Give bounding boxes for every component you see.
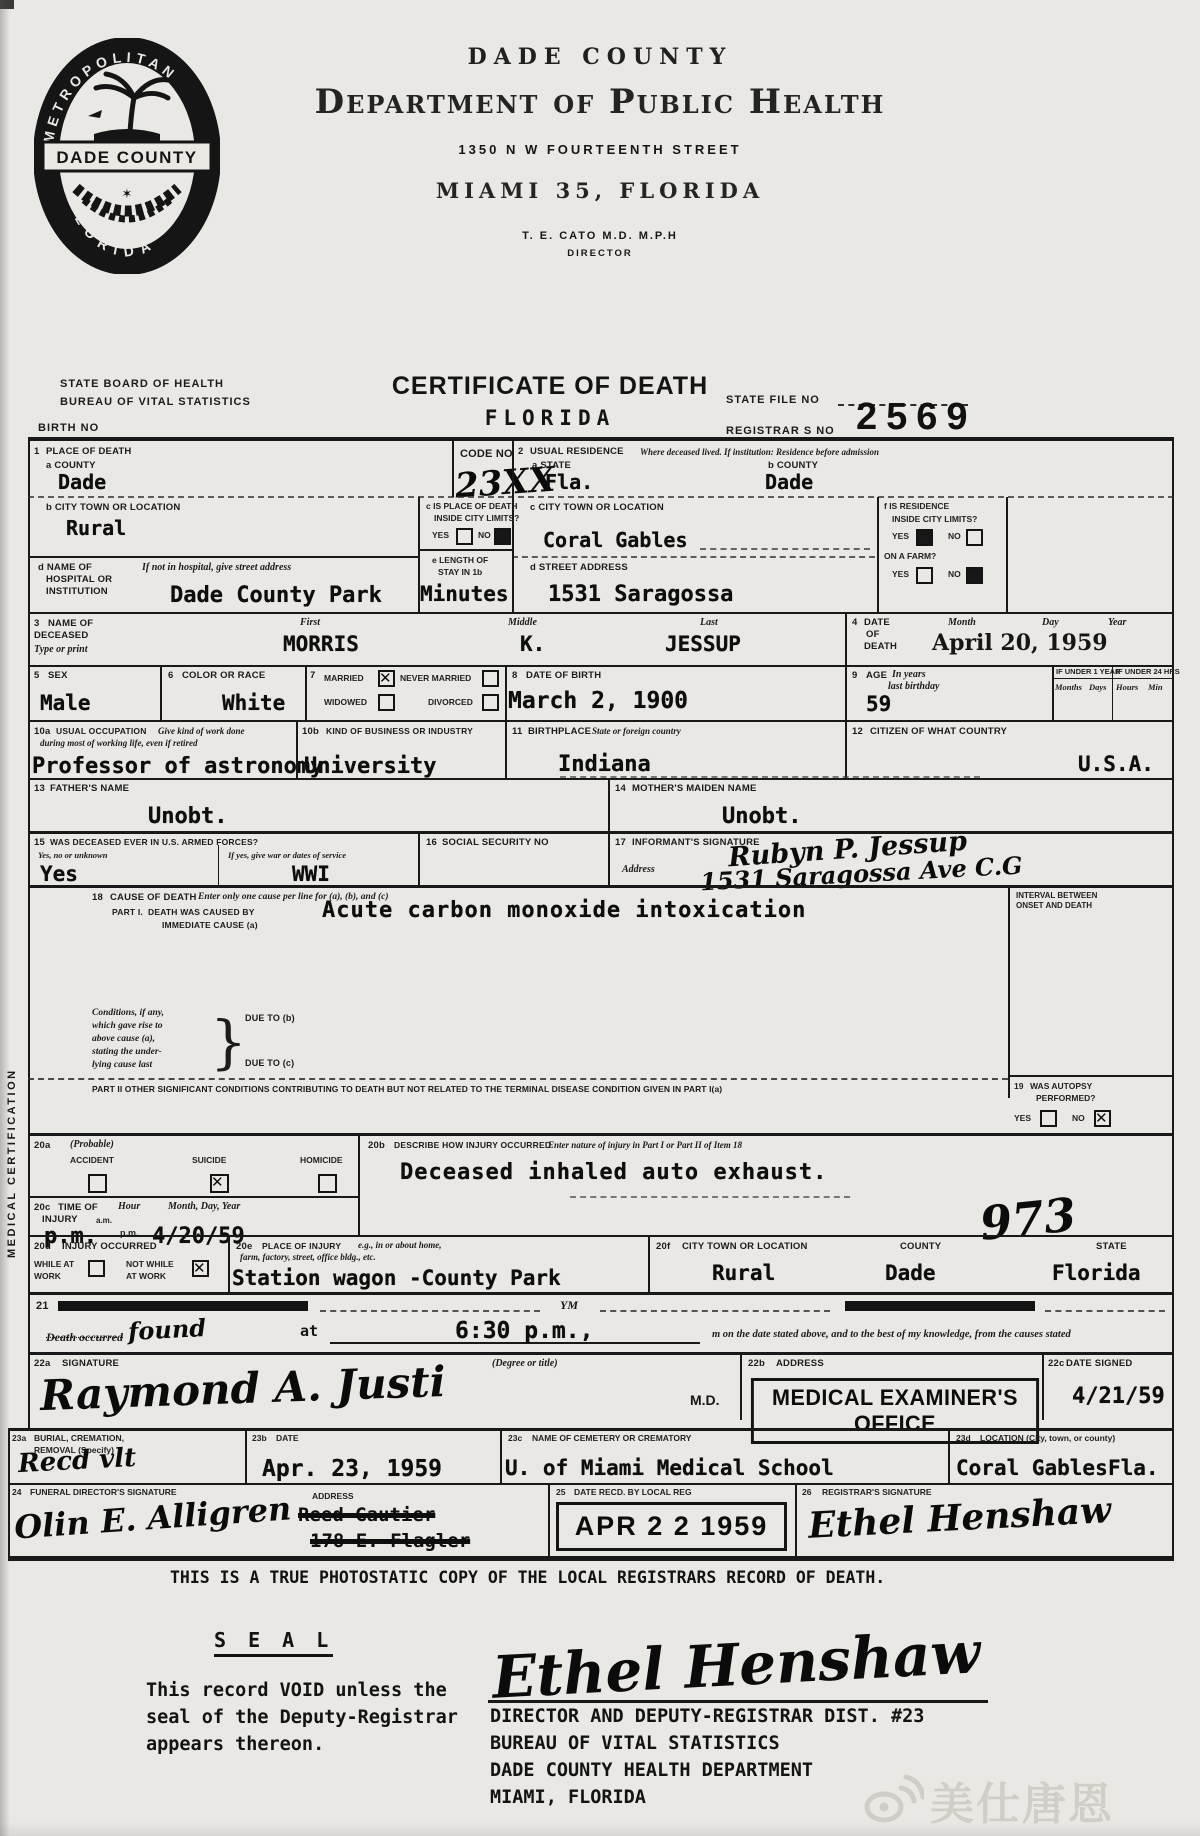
f21-rest-text: m on the date stated above, and to the b… <box>712 1328 1071 1341</box>
injury-date-value: 4/20/59 <box>152 1226 245 1248</box>
widowed-label: WIDOWED <box>324 698 367 708</box>
inlimits-label1: c IS PLACE OF DEATH <box>426 502 517 512</box>
v-mother-left <box>608 778 610 831</box>
row7-top <box>28 885 1174 888</box>
divorced-label: DIVORCED <box>428 698 473 708</box>
conditions-note3: above cause (a), <box>92 1034 155 1046</box>
hour-label: Hour <box>118 1201 140 1214</box>
table-bottom-border <box>8 1556 1174 1561</box>
f20b-underline <box>570 1196 850 1198</box>
bus-value: University <box>304 756 436 778</box>
degree-title-label: (Degree or title) <box>492 1358 558 1371</box>
married-label: MARRIED <box>324 674 364 684</box>
f24-label: FUNERAL DIRECTOR'S SIGNATURE <box>30 1488 177 1498</box>
f20e-note1: e.g., in or about home, <box>358 1240 442 1251</box>
notwhile-label2: AT WORK <box>126 1272 166 1282</box>
row1-value-line <box>28 496 1174 498</box>
inlimits-yes-label: YES <box>432 531 449 541</box>
board-line2: BUREAU OF VITAL STATISTICS <box>60 396 251 409</box>
table-left-ext <box>8 1428 10 1558</box>
deceased-number: 3 <box>34 618 39 629</box>
header-city: MIAMI 35, FLORIDA <box>350 178 850 203</box>
hospital-value: Dade County Park <box>170 585 382 607</box>
marital-number: 7 <box>310 670 315 681</box>
bus-label: KIND OF BUSINESS OR INDUSTRY <box>326 726 473 736</box>
conditions-note5: lying cause last <box>92 1060 152 1072</box>
row2-top <box>28 612 1174 614</box>
f22c-number: 22c <box>1048 1358 1064 1369</box>
datedeath-label1: DATE <box>864 617 890 628</box>
datedeath-number: 4 <box>852 617 857 628</box>
name-last-label: Last <box>700 617 718 630</box>
month-label: Month <box>948 617 976 630</box>
row5-top <box>28 778 1174 780</box>
svg-text:DADE COUNTY: DADE COUNTY <box>56 148 197 167</box>
state-file-no-value: 2569 <box>856 396 977 439</box>
mother-number: 14 <box>615 783 626 794</box>
v-birthplace-left <box>505 720 507 778</box>
checkbox-autopsy-no[interactable] <box>1094 1110 1111 1127</box>
f20f-number: 20f <box>656 1241 670 1252</box>
checkbox-place-inlimits-no[interactable] <box>494 528 511 545</box>
f23d-value: Coral Gables <box>956 1458 1108 1479</box>
hospital-label1: d NAME OF <box>38 562 92 573</box>
v-marital-left <box>305 665 307 720</box>
coralgables-line <box>700 548 870 550</box>
hospital-label3: INSTITUTION <box>46 586 108 597</box>
row6-top <box>28 831 1174 834</box>
inlimits-label2: INSIDE CITY LIMITS? <box>434 514 519 524</box>
v-inlimits-left <box>418 497 420 612</box>
v-interval-left <box>1008 885 1010 1098</box>
farm-label: ON A FARM? <box>884 552 936 562</box>
v-race-left <box>160 665 162 720</box>
birthplace-value: Indiana <box>558 754 651 776</box>
checkbox-farm-no[interactable] <box>966 567 983 584</box>
watermark: 美仕唐恩 <box>862 1768 1114 1832</box>
v-23b-left <box>245 1428 247 1483</box>
age-label: AGE <box>866 670 887 681</box>
street-value: 1531 Saragossa <box>548 584 733 606</box>
footer-title-line2: BUREAU OF VITAL STATISTICS <box>490 1733 780 1754</box>
v-resbox-left <box>877 497 879 612</box>
f20c-top <box>28 1196 358 1198</box>
inlimits-no-label: NO <box>478 531 491 541</box>
certificate-title: CERTIFICATE OF DEATH <box>330 372 770 401</box>
f20f-state-label: STATE <box>1096 1241 1127 1252</box>
conditions-note2: which gave rise to <box>92 1021 162 1033</box>
f20a-number: 20a <box>34 1140 50 1151</box>
board-line1: STATE BOARD OF HEALTH <box>60 378 224 391</box>
citizen-number: 12 <box>852 726 863 737</box>
row12-top <box>28 1352 1174 1355</box>
while-label1: WHILE AT <box>34 1260 74 1270</box>
datedeath-label3: DEATH <box>864 641 897 652</box>
ssn-number: 16 <box>426 837 437 848</box>
f22a-number: 22a <box>34 1358 50 1369</box>
under24-label: IF UNDER 24 HRS <box>1116 668 1180 677</box>
v-under-mid <box>1112 665 1113 720</box>
f21-found-handwritten: found <box>127 1316 206 1344</box>
header-county: DADE COUNTY <box>300 44 900 70</box>
checkbox-suicide[interactable] <box>210 1174 229 1193</box>
cause-a-value: Acute carbon monoxide intoxication <box>322 900 806 922</box>
f20b-label: DESCRIBE HOW INJURY OCCURRED <box>394 1140 551 1150</box>
day-label: Day <box>1042 617 1059 630</box>
residence-label1: f IS RESIDENCE <box>884 502 949 512</box>
age-number: 9 <box>852 670 857 681</box>
codeno-label: CODE NO <box>460 448 513 461</box>
f20e-label: PLACE OF INJURY <box>262 1241 341 1251</box>
am-label: a.m. <box>96 1216 112 1225</box>
sex-value: Male <box>40 693 91 714</box>
part2-top-line <box>28 1078 1008 1080</box>
occ-number: 10a <box>34 726 50 737</box>
autopsy-no-label: NO <box>1072 1114 1085 1124</box>
registrar-signature-row: Ethel Henshaw <box>807 1492 1112 1544</box>
f26-number: 26 <box>802 1488 811 1498</box>
dob-value: March 2, 1900 <box>508 690 688 713</box>
checkbox-not-while-at-work[interactable] <box>192 1260 209 1277</box>
year-label: Year <box>1108 617 1126 630</box>
street-label: d STREET ADDRESS <box>530 562 628 573</box>
stay-box-top <box>418 549 512 551</box>
field1-number: 1 <box>34 446 39 457</box>
sex-number: 5 <box>34 670 39 681</box>
svg-text:✶: ✶ <box>122 186 133 201</box>
mother-value: Unobt. <box>722 806 801 828</box>
street-divider <box>512 556 875 558</box>
informant-number: 17 <box>615 837 626 848</box>
bus-number: 10b <box>302 726 319 737</box>
checkbox-married[interactable] <box>378 670 395 687</box>
field2-label: USUAL RESIDENCE <box>530 446 624 457</box>
autopsy-yes-label: YES <box>1014 1114 1031 1124</box>
header-director-title: DIRECTOR <box>400 248 800 259</box>
probable-label: (Probable) <box>70 1139 114 1152</box>
field2b-value: Dade <box>765 472 813 492</box>
informant-address-label: Address <box>622 864 655 877</box>
race-number: 6 <box>168 670 173 681</box>
conditions-note4: stating the under- <box>92 1047 162 1059</box>
farm-yes-label: YES <box>892 570 909 580</box>
hours-label: Hours <box>1116 682 1138 693</box>
name-middle-value: K. <box>520 634 545 655</box>
field1-label: PLACE OF DEATH <box>46 446 131 457</box>
row3-top <box>28 665 1174 667</box>
weibo-icon <box>862 1774 924 1826</box>
birth-no-label: BIRTH NO <box>38 422 99 435</box>
header-department: Department of Public Health <box>230 82 970 122</box>
f26-label: REGISTRAR'S SIGNATURE <box>822 1488 932 1498</box>
deputy-registrar-signature: Ethel Henshaw <box>491 1623 982 1706</box>
f20d-number: 20d <box>34 1241 51 1252</box>
forces-value2: WWI <box>292 864 330 885</box>
checkbox-farm-yes[interactable] <box>916 567 933 584</box>
scan-edge-mark <box>0 0 14 9</box>
v-26-left <box>795 1483 797 1558</box>
birthplace-number: 11 <box>512 726 522 737</box>
medical-certification-side-label: MEDICAL CERTIFICATION <box>6 888 18 1258</box>
field2-number: 2 <box>518 446 523 457</box>
header-director-name: T. E. CATO M.D. M.P.H <box>400 230 800 242</box>
handwritten-973: 973 <box>978 1191 1078 1247</box>
checkbox-autopsy-yes[interactable] <box>1040 1110 1057 1127</box>
f23a-label1: BURIAL, CREMATION, <box>34 1434 124 1444</box>
row11-top <box>28 1292 1174 1295</box>
v-age-left <box>845 665 847 720</box>
seal-graphic: METROPOLITAN FLORIDA DADE COUNTY ✶ <box>34 38 220 274</box>
autopsy-label2: PERFORMED? <box>1036 1094 1096 1104</box>
father-number: 13 <box>34 783 45 794</box>
datedeath-value: April 20, 1959 <box>932 630 1108 656</box>
field2c-value: Coral Gables <box>543 530 688 550</box>
v-20b-left <box>358 1133 360 1235</box>
f20f-county-value: Dade <box>885 1263 936 1284</box>
dob-label: DATE OF BIRTH <box>526 670 601 681</box>
v-citizen-left <box>845 720 847 778</box>
f20f-city-value: Rural <box>712 1263 775 1284</box>
suicide-label: SUICIDE <box>192 1156 226 1166</box>
part2-text: PART II OTHER SIGNIFICANT CONDITIONS CON… <box>92 1084 722 1094</box>
checkbox-while-at-work[interactable] <box>88 1260 105 1277</box>
caused-by-label: DEATH WAS CAUSED BY <box>148 907 255 917</box>
row9-top <box>28 1133 1174 1136</box>
f24-address2: 178 E. Flagler <box>310 1532 470 1551</box>
days-label: Days <box>1089 682 1106 693</box>
age-note2: last birthday <box>888 681 939 694</box>
dob-number: 8 <box>512 670 517 681</box>
f23c-label: NAME OF CEMETERY OR CREMATORY <box>532 1434 691 1444</box>
certificate-state: FLORIDA <box>330 406 770 430</box>
mother-label: MOTHER'S MAIDEN NAME <box>632 783 756 794</box>
f20c-label1: TIME OF <box>58 1202 98 1213</box>
name-last-value: JESSUP <box>665 634 741 655</box>
forces-label: WAS DECEASED EVER IN U.S. ARMED FORCES? <box>50 837 258 847</box>
v-datedeath-left <box>845 612 847 665</box>
forces-note1: Yes, no or unknown <box>38 850 107 861</box>
f24-address-label: ADDRESS <box>312 1492 354 1502</box>
f24-number: 24 <box>12 1488 21 1498</box>
examiner-degree: M.D. <box>690 1392 720 1408</box>
residence-no-label: NO <box>948 532 961 542</box>
forces-number: 15 <box>34 837 45 848</box>
row10-top <box>28 1235 1174 1237</box>
field1b-label: b CITY TOWN OR LOCATION <box>46 502 180 513</box>
field1a-value: Dade <box>58 472 106 492</box>
part1-label: PART I. <box>112 907 143 917</box>
field1b-value: Rural <box>66 518 126 538</box>
v-bus-left <box>296 720 298 778</box>
occ-note2: during most of working life, even if ret… <box>40 738 198 749</box>
name-middle-label: Middle <box>508 617 537 630</box>
date-received-stamp: APR 2 2 1959 <box>556 1502 787 1551</box>
row13-top <box>8 1428 1174 1431</box>
table-top-border <box>28 437 1174 441</box>
v-25-left <box>548 1483 550 1558</box>
f22b-label: ADDRESS <box>776 1358 824 1369</box>
checkbox-divorced[interactable] <box>482 694 499 711</box>
f20d-label: INJURY OCCURRED <box>62 1241 157 1252</box>
forces-value1: Yes <box>40 864 78 885</box>
f23a-handwritten: Recd vlt <box>17 1445 136 1477</box>
f23b-value: Apr. 23, 1959 <box>262 1458 442 1481</box>
months-label: Months <box>1055 682 1082 693</box>
deceased-label1: NAME OF <box>48 618 93 629</box>
farm-no-label: NO <box>948 570 961 580</box>
under1yr-label: IF UNDER 1 YEAR <box>1056 668 1120 677</box>
notwhile-label1: NOT WHILE <box>126 1260 174 1270</box>
funeral-director-signature: Olin E. Alligren <box>13 1492 292 1543</box>
due-to-c-label: DUE TO (c) <box>245 1058 294 1069</box>
f21-time-value: 6:30 p.m., <box>455 1320 593 1343</box>
footer-title-line4: MIAMI, FLORIDA <box>490 1787 646 1808</box>
field2c-label: c CITY TOWN OR LOCATION <box>530 502 664 513</box>
autopsy-label1: WAS AUTOPSY <box>1030 1082 1092 1092</box>
photostatic-copy-line: THIS IS A TRUE PHOTOSTATIC COPY OF THE L… <box>170 1568 1040 1587</box>
f22c-value: 4/21/59 <box>1072 1386 1165 1408</box>
birthplace-note: State or foreign country <box>592 726 681 737</box>
watermark-text: 美仕唐恩 <box>930 1768 1114 1832</box>
ssn-label: SOCIAL SECURITY NO <box>442 837 549 848</box>
cause-label: CAUSE OF DEATH <box>110 892 197 903</box>
v-23c-left <box>500 1428 502 1483</box>
f21-death-occurred-label: Death occurred <box>46 1330 123 1345</box>
field2-note: Where deceased lived. If institution: Re… <box>640 447 879 458</box>
v-codeno-left <box>452 437 454 497</box>
occ-label: USUAL OCCUPATION <box>56 726 147 736</box>
occ-value: Professor of astronomy <box>32 756 323 778</box>
stay-label1: e LENGTH OF <box>432 556 488 566</box>
f23b-number: 23b <box>252 1434 267 1444</box>
conditions-brace: } <box>210 1008 247 1076</box>
f20c-number: 20c <box>34 1202 50 1213</box>
forces-note2: If yes, give war or dates of service <box>228 850 346 861</box>
f20b-number: 20b <box>368 1140 385 1151</box>
f21-blank-line1 <box>320 1310 540 1312</box>
f25-number: 25 <box>556 1488 565 1498</box>
f23c-number: 23c <box>508 1434 522 1444</box>
f21-at-label: at <box>300 1322 318 1340</box>
row1-hospital-divider <box>28 556 418 558</box>
row14-top <box>8 1483 1174 1485</box>
table-right-border <box>1172 437 1174 1556</box>
county-seal: METROPOLITAN FLORIDA DADE COUNTY ✶ <box>34 38 220 274</box>
deceased-label2: DECEASED <box>34 630 88 641</box>
v-forces-split <box>218 845 219 885</box>
checkbox-homicide[interactable] <box>318 1174 337 1193</box>
f20e-note2: farm, factory, street, office bldg., etc… <box>240 1252 376 1263</box>
cause-number: 18 <box>92 892 103 903</box>
v-informant-left <box>608 831 610 885</box>
min-label: Min <box>1148 682 1163 693</box>
f21-ym-text: YM <box>560 1298 578 1313</box>
interval-label2: ONSET AND DEATH <box>1016 901 1092 910</box>
f21-struck-text-bar1 <box>58 1301 308 1311</box>
examiner-signature: Raymond A. Justi <box>39 1361 446 1417</box>
father-label: FATHER'S NAME <box>50 783 129 794</box>
citizen-value: U.S.A. <box>1078 754 1154 775</box>
f20f-label: CITY TOWN OR LOCATION <box>682 1241 808 1252</box>
v-20e-left <box>228 1235 230 1292</box>
f23d-label: LOCATION (City, town, or county) <box>980 1434 1115 1444</box>
interval-label1: INTERVAL BETWEEN <box>1016 891 1097 900</box>
f20f-county-label: COUNTY <box>900 1241 941 1252</box>
accident-label: ACCIDENT <box>70 1156 114 1166</box>
v-dob-left <box>505 665 507 720</box>
v-22c-left <box>1042 1352 1044 1420</box>
f21-blank-line3 <box>1045 1310 1165 1312</box>
race-label: COLOR OR RACE <box>182 670 265 681</box>
immediate-cause-label: IMMEDIATE CAUSE (a) <box>162 920 258 930</box>
footer-title-line3: DADE COUNTY HEALTH DEPARTMENT <box>490 1760 813 1781</box>
f23d-number: 23d <box>956 1434 971 1444</box>
f23b-label: DATE <box>276 1434 299 1444</box>
void-notice-line3: appears thereon. <box>146 1734 324 1755</box>
death-certificate-page: METROPOLITAN FLORIDA DADE COUNTY ✶ DADE … <box>0 0 1200 1836</box>
f20f-state-value: Florida <box>1052 1263 1141 1284</box>
name-first-value: MORRIS <box>283 634 359 655</box>
f23c-value: U. of Miami Medical School <box>505 1458 834 1479</box>
name-first-label: First <box>300 617 320 630</box>
mdy-label: Month, Day, Year <box>168 1201 240 1214</box>
hospital-label2: HOSPITAL OR <box>46 574 112 585</box>
checkbox-residence-no[interactable] <box>966 529 983 546</box>
birthplace-label: BIRTHPLACE <box>528 726 591 737</box>
deceased-label3: Type or print <box>34 644 88 657</box>
v-col2-left <box>512 437 514 612</box>
f20b-value: Deceased inhaled auto exhaust. <box>400 1162 827 1184</box>
f21-blank-line2 <box>600 1310 830 1312</box>
conditions-note1: Conditions, if any, <box>92 1008 164 1020</box>
state-file-no-label: STATE FILE NO <box>726 394 820 407</box>
void-notice-line1: This record VOID unless the <box>146 1680 447 1701</box>
v-ssn-left <box>418 831 420 885</box>
father-value: Unobt. <box>148 806 227 828</box>
row4-top <box>28 720 1174 722</box>
f25-label: DATE RECD. BY LOCAL REG <box>574 1488 692 1498</box>
homicide-label: HOMICIDE <box>300 1156 343 1166</box>
checkbox-residence-yes[interactable] <box>916 529 933 546</box>
v-20f-left <box>648 1235 650 1292</box>
checkbox-never-married[interactable] <box>482 670 499 687</box>
checkbox-accident[interactable] <box>88 1174 107 1193</box>
f22c-label: DATE SIGNED <box>1066 1358 1132 1369</box>
void-notice-line2: seal of the Deputy-Registrar <box>146 1707 458 1728</box>
datedeath-label2: OF <box>866 629 880 640</box>
checkbox-place-inlimits-yes[interactable] <box>456 528 473 545</box>
table-left-border <box>28 437 30 1430</box>
checkbox-widowed[interactable] <box>378 694 395 711</box>
v-22b-left <box>740 1352 742 1420</box>
never-married-label: NEVER MARRIED <box>400 674 471 684</box>
f22b-number: 22b <box>748 1358 765 1369</box>
footer-title-line1: DIRECTOR AND DEPUTY-REGISTRAR DIST. #23 <box>490 1706 924 1727</box>
f20b-note: Enter nature of injury in Part I or Part… <box>548 1140 742 1151</box>
stay-label2: STAY IN 1b <box>438 568 482 578</box>
f20e-value: Station wagon -County Park <box>232 1268 561 1289</box>
due-to-b-label: DUE TO (b) <box>245 1013 295 1024</box>
deputy-signature-underline <box>488 1700 988 1703</box>
autopsy-number: 19 <box>1014 1082 1023 1092</box>
while-label2: WORK <box>34 1272 61 1282</box>
seal-label: S E A L <box>214 1628 333 1657</box>
race-value: White <box>222 693 285 714</box>
residence-label2: INSIDE CITY LIMITS? <box>892 515 977 525</box>
hospital-note: If not in hospital, give street address <box>142 562 291 575</box>
stay-value: Minutes <box>420 584 509 605</box>
autopsy-box-top <box>1008 1075 1174 1077</box>
